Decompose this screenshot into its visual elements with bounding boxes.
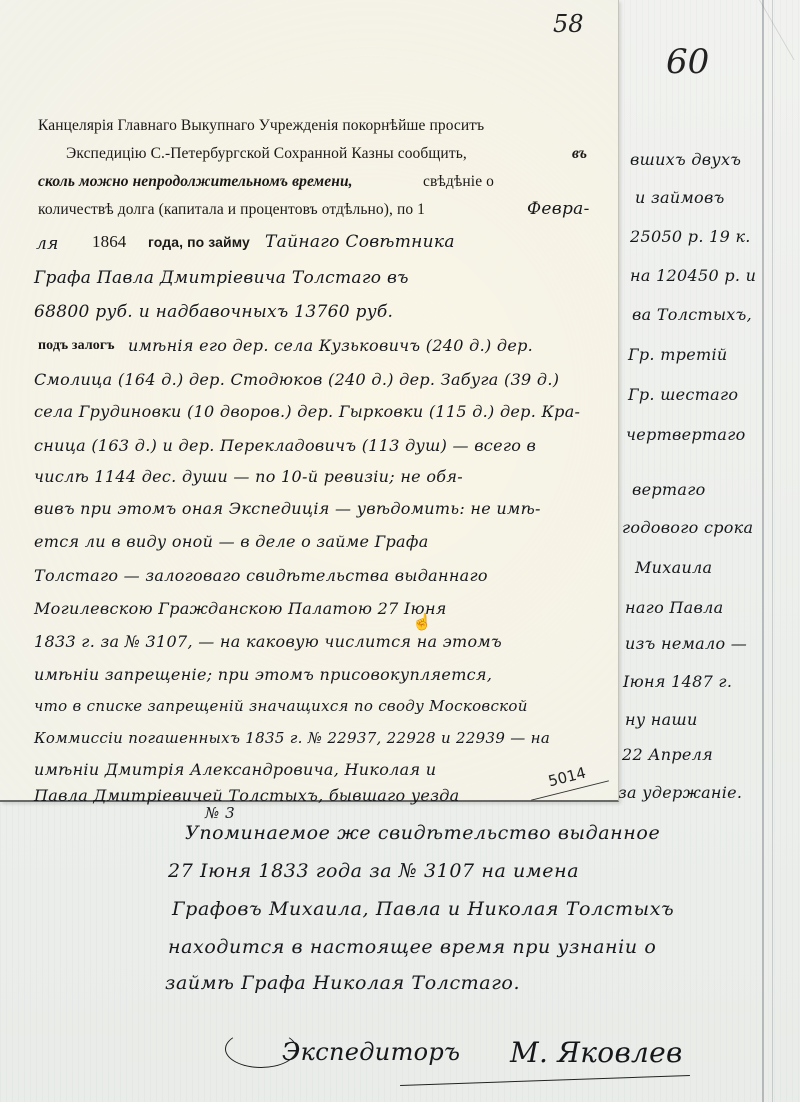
handwritten-line: Тайнаго Совѣтника (265, 232, 455, 252)
printed-pledge-label: подъ залогъ (38, 338, 115, 354)
handwritten-line: что в списке запрещеній значащихся по св… (34, 697, 528, 715)
margin-line: 25050 р. 19 к. (630, 227, 751, 246)
margin-line: Михаила (635, 558, 712, 577)
bottom-line: Упоминаемое же свидѣтельство выданное (185, 822, 660, 844)
folio-number-back: 60 (666, 42, 709, 82)
signature-name: М. Яковлев (510, 1036, 683, 1069)
handwritten-line: числѣ 1144 дес. души — по 10-й ревизіи; … (34, 467, 463, 486)
handwritten-line: Павла Дмитріевичей Толстыхъ, бывшаго уез… (34, 786, 460, 805)
margin-line: наго Павла (625, 598, 723, 617)
handwritten-line: Толстаго — залоговаго свидѣтельства выда… (34, 566, 488, 585)
bottom-line: займѣ Графа Николая Толстаго. (165, 972, 520, 994)
hand-cursor-icon: ☝ (412, 612, 432, 632)
corner-fold (759, 0, 800, 60)
bottom-line: Графовъ Михаила, Павла и Николая Толстых… (172, 898, 674, 920)
handwritten-line: ется ли в виду оной — в деле о займе Гра… (34, 532, 429, 551)
handwritten-line: 68800 руб. и надбавочныхъ 13760 руб. (34, 302, 393, 322)
handwritten-line: села Грудиновки (10 дворов.) дер. Гырков… (34, 402, 580, 421)
signature-underline (400, 1075, 690, 1086)
handwritten-line: сница (163 д.) и дер. Перекладовичъ (113… (34, 436, 536, 455)
printed-line-4: количествѣ долга (капитала и процентовъ … (38, 201, 425, 219)
pasted-letter-sheet: 58 Канцелярія Главнаго Выкупнаго Учрежде… (0, 0, 619, 802)
bottom-mark: № 3 (205, 804, 235, 822)
handwritten-line: Графа Павла Дмитріевича Толстаго въ (34, 268, 409, 288)
handwritten-month: Февра- (527, 199, 590, 219)
printed-line-1: Канцелярія Главнаго Выкупнаго Учрежденія… (38, 117, 484, 135)
margin-line: вертаго (632, 480, 706, 499)
printed-year: 1864 (92, 232, 126, 252)
handwritten-line: Могилевскою Гражданскою Палатою 27 Іюня (34, 599, 447, 618)
handwritten-month-end: ля (36, 234, 59, 254)
handwritten-line: 1833 г. за № 3107, — на каковую числится… (34, 632, 502, 651)
printed-loan-label: года, по займу (148, 234, 250, 250)
folio-number-front: 58 (553, 10, 584, 38)
handwritten-line: Коммиссіи погашенныхъ 1835 г. № 22937, 2… (34, 729, 550, 747)
bottom-line: находится в настоящее время при узнаніи … (168, 936, 656, 958)
signature-title: Экспедиторъ (282, 1038, 460, 1066)
handwritten-line: Смолица (164 д.) дер. Стодюков (240 д.) … (34, 370, 559, 389)
margin-line: ва Толстыхъ, (632, 305, 752, 324)
margin-line: на 120450 р. и (630, 266, 756, 285)
handwritten-line: имѣніи запрещеніе; при этомъ присовокупл… (34, 665, 492, 684)
printed-line-2: Экспедицію С.-Петербургской Сохранной Ка… (66, 145, 467, 163)
bottom-line: 27 Іюня 1833 года за № 3107 на имена (168, 860, 579, 882)
sheet-edge-line (762, 0, 764, 1102)
sheet-edge-line (772, 0, 773, 1102)
margin-line: 22 Апреля (622, 745, 713, 764)
handwritten-line: вивъ при этомъ оная Экспедиція — увѣдоми… (34, 499, 541, 518)
margin-line: за удержаніе. (618, 783, 742, 802)
margin-line: изъ немало — (625, 634, 747, 653)
margin-line: Гр. шестаго (628, 385, 738, 404)
printed-word-vo: въ (572, 145, 587, 163)
margin-line: Гр. третій (628, 345, 727, 364)
margin-line: и займовъ (635, 188, 725, 207)
printed-line-3-emphasis: сколь можно непродолжительномъ времени, (38, 173, 353, 191)
margin-line: Іюня 1487 г. (623, 672, 732, 691)
margin-line: вшихъ двухъ (630, 150, 741, 169)
margin-line: годового срока (622, 518, 753, 537)
printed-line-3-tail: свѣдѣніе о (423, 173, 494, 191)
handwritten-line: имѣнія его дер. села Кузьковичъ (240 д.)… (128, 336, 533, 355)
margin-line: ну наши (625, 710, 698, 729)
margin-line: чертвертаго (626, 425, 746, 444)
handwritten-line: имѣніи Дмитрія Александровича, Николая и (34, 760, 436, 779)
